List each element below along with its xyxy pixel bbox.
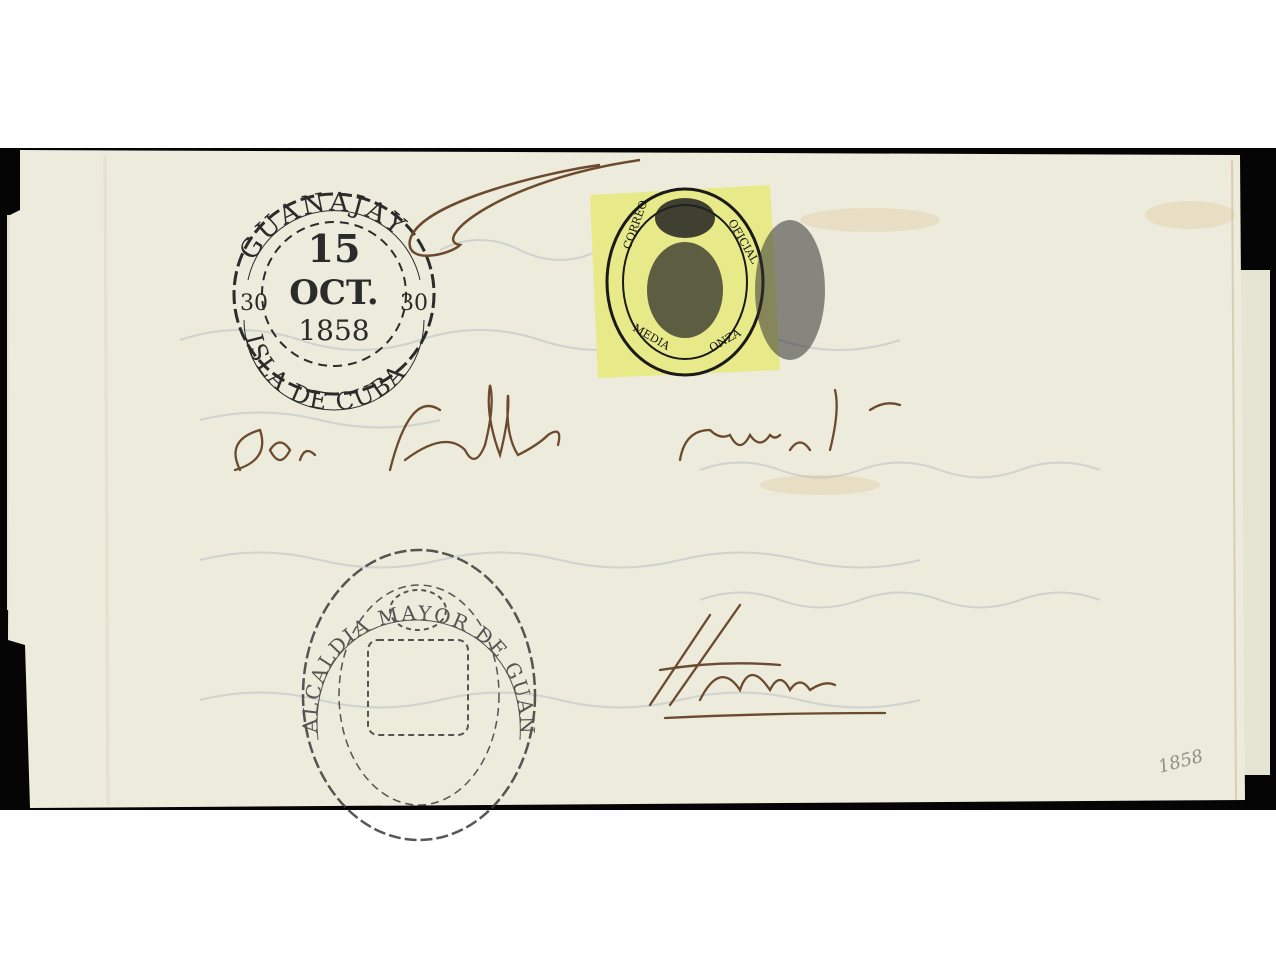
paper-fold-right — [1240, 270, 1270, 775]
svg-text:30: 30 — [240, 291, 268, 316]
postal-cover-photo: 15 OCT. 1858 30 30 GUANAJAY ISLA DE CUBA… — [0, 0, 1276, 956]
postmark-day: 15 — [308, 226, 361, 271]
postmark-year: 1858 — [298, 314, 369, 347]
svg-text:30: 30 — [400, 291, 428, 316]
postmark-month: OCT. — [289, 273, 378, 313]
